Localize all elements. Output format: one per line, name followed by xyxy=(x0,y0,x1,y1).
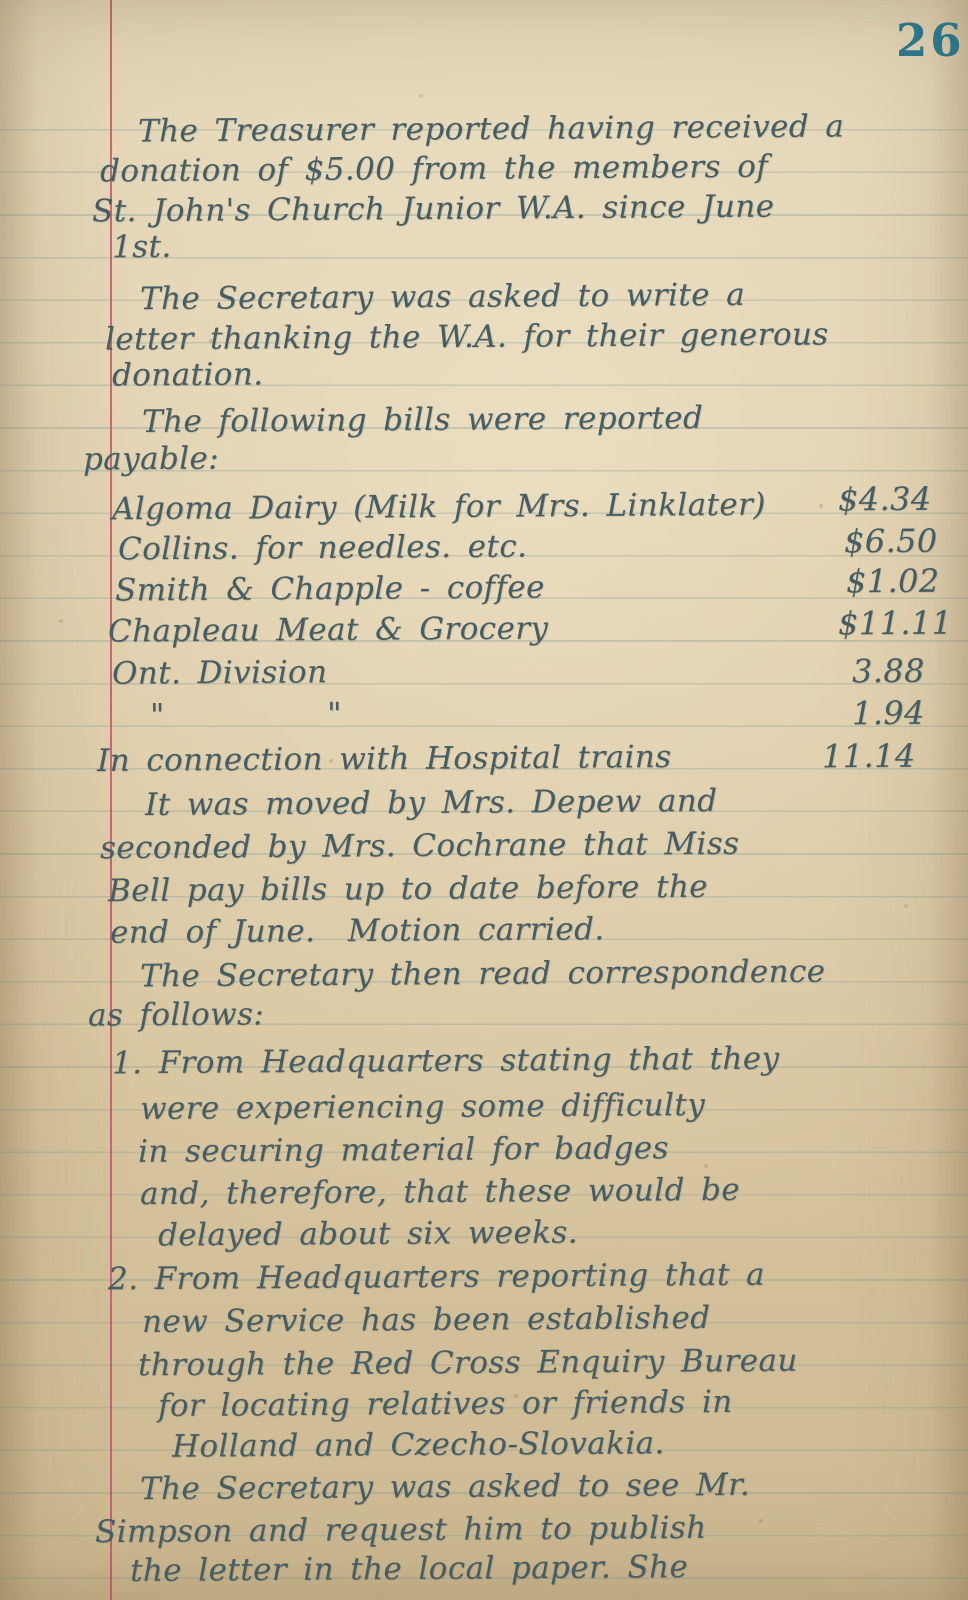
notebook-page: 267 The Treasurer reported having receiv… xyxy=(0,0,968,1600)
manuscript-line: end of June. Motion carried. xyxy=(110,908,605,954)
manuscript-line: and, therefore, that these would be xyxy=(140,1169,740,1216)
manuscript-line: were experiencing some difficulty xyxy=(140,1084,705,1131)
manuscript-line: through the Red Cross Enquiry Bureau xyxy=(138,1340,798,1388)
manuscript-line: delayed about six weeks. xyxy=(158,1212,578,1258)
bill-amount: 1.94 xyxy=(852,692,925,736)
manuscript-line: 2. From Headquarters reporting that a xyxy=(108,1254,765,1302)
bill-amount: 11.14 xyxy=(822,735,916,779)
bill-amount: $11.11 xyxy=(838,602,953,646)
bill-amount: $6.50 xyxy=(844,520,938,564)
manuscript-line: for locating relatives or friends in xyxy=(158,1381,733,1428)
manuscript-line: the letter in the local paper. She xyxy=(130,1546,688,1593)
bill-item: Collins. for needles. etc. xyxy=(118,526,528,572)
manuscript-line: 1. From Headquarters stating that they xyxy=(112,1038,780,1086)
bill-item: Ont. Division xyxy=(112,651,328,696)
manuscript-line: Holland and Czecho-Slovakia. xyxy=(172,1422,665,1468)
manuscript-line: new Service has been established xyxy=(142,1297,711,1344)
manuscript-line: 1st. xyxy=(112,226,172,269)
manuscript-line: in securing material for badges xyxy=(138,1127,669,1174)
manuscript-line: It was moved by Mrs. Depew and xyxy=(145,780,718,827)
manuscript-line: as follows: xyxy=(88,993,264,1037)
manuscript-line: The Secretary then read correspondence xyxy=(140,951,826,999)
manuscript-line: The following bills were reported xyxy=(142,397,703,444)
bill-item: Algoma Dairy (Milk for Mrs. Linklater) xyxy=(112,484,766,532)
bill-amount: $4.34 xyxy=(838,478,932,522)
bill-amount: $1.02 xyxy=(846,560,940,604)
manuscript-line: payable: xyxy=(83,438,219,482)
page-number: 267 xyxy=(896,14,968,67)
bill-item: Smith & Chapple - coffee xyxy=(115,567,545,613)
manuscript-line: St. John's Church Junior W.A. since June xyxy=(92,186,775,234)
manuscript-line: donation. xyxy=(112,353,264,397)
manuscript-line: Bell pay bills up to date before the xyxy=(108,866,708,913)
manuscript-line: The Secretary was asked to see Mr. xyxy=(140,1464,750,1511)
paper-specks xyxy=(0,0,2,2)
bill-amount: 3.88 xyxy=(852,650,925,694)
manuscript-line: seconded by Mrs. Cochrane that Miss xyxy=(100,823,740,870)
bill-item: In connection with Hospital trains xyxy=(97,736,672,783)
bill-item: Chapleau Meat & Grocery xyxy=(108,607,549,653)
bill-item: " " xyxy=(150,693,342,737)
